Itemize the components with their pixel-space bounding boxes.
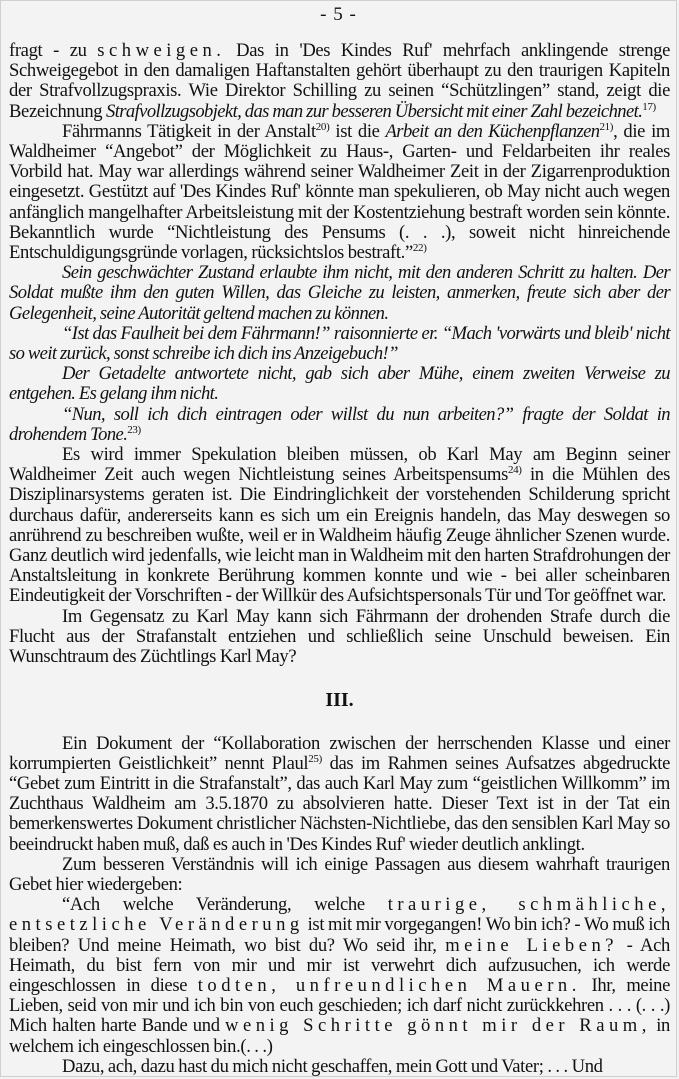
italic-text: Strafvollzugsobjekt, das man zur bessere… bbox=[106, 101, 642, 122]
footnote-ref: 20) bbox=[316, 121, 330, 133]
block-quote: “Ist das Faulheit bei dem Fährmann!” rai… bbox=[9, 324, 670, 364]
prayer-quote: Dazu, ach, dazu hast du mich nicht gesch… bbox=[9, 1057, 670, 1077]
footnote-ref: 23) bbox=[127, 424, 141, 436]
italic-text: Arbeit an den Küchenpflanzen bbox=[386, 121, 600, 142]
italic-text: Sein geschwächter Zustand erlaubte ihm n… bbox=[9, 262, 670, 323]
italic-text: Der Getadelte antwortete nicht, gab sich… bbox=[9, 363, 670, 404]
document-page: - 5 - fragt - zu schweigen. Das in 'Des … bbox=[0, 0, 677, 1077]
paragraph: Im Gegensatz zu Karl May kann sich Fährm… bbox=[9, 607, 670, 668]
footnote-ref: 22) bbox=[413, 242, 427, 254]
prayer-quote: “Ach welche Veränderung, welche traurige… bbox=[9, 895, 670, 1057]
footnote-ref: 25) bbox=[308, 753, 322, 765]
section-heading: III. bbox=[9, 690, 670, 710]
spaced-emphasis: todten, unfreundlichen Mauern. bbox=[198, 975, 581, 996]
spaced-emphasis: meine Lieben? bbox=[445, 935, 618, 956]
spaced-emphasis: schweigen. bbox=[97, 40, 225, 61]
footnote-ref: 17) bbox=[642, 101, 656, 113]
footnote-ref: 21) bbox=[600, 121, 614, 133]
block-quote: Sein geschwächter Zustand erlaubte ihm n… bbox=[9, 263, 670, 324]
paragraph: fragt - zu schweigen. Das in 'Des Kindes… bbox=[9, 41, 670, 122]
italic-text: “Ist das Faulheit bei dem Fährmann!” rai… bbox=[9, 323, 670, 364]
paragraph: Ein Dokument der “Kollaboration zwischen… bbox=[9, 734, 670, 855]
paragraph: Zum besseren Verständnis will ich einige… bbox=[9, 855, 670, 895]
paragraph: Es wird immer Spekulation bleiben müssen… bbox=[9, 445, 670, 607]
footnote-ref: 24) bbox=[508, 464, 522, 476]
italic-text: “Nun, soll ich dich eintragen oder wills… bbox=[9, 404, 670, 445]
paragraph: Fährmanns Tätigkeit in der Anstalt20) is… bbox=[9, 122, 670, 263]
spaced-emphasis: wenig Schritte gönnt mir der Raum, bbox=[225, 1015, 651, 1036]
block-quote: “Nun, soll ich dich eintragen oder wills… bbox=[9, 405, 670, 445]
page-number: - 5 - bbox=[1, 4, 676, 26]
block-quote: Der Getadelte antwortete nicht, gab sich… bbox=[9, 364, 670, 404]
body-text: fragt - zu schweigen. Das in 'Des Kindes… bbox=[9, 41, 670, 1077]
spaced-emphasis: traurige, schmähliche, entsetzliche Verä… bbox=[9, 894, 670, 935]
